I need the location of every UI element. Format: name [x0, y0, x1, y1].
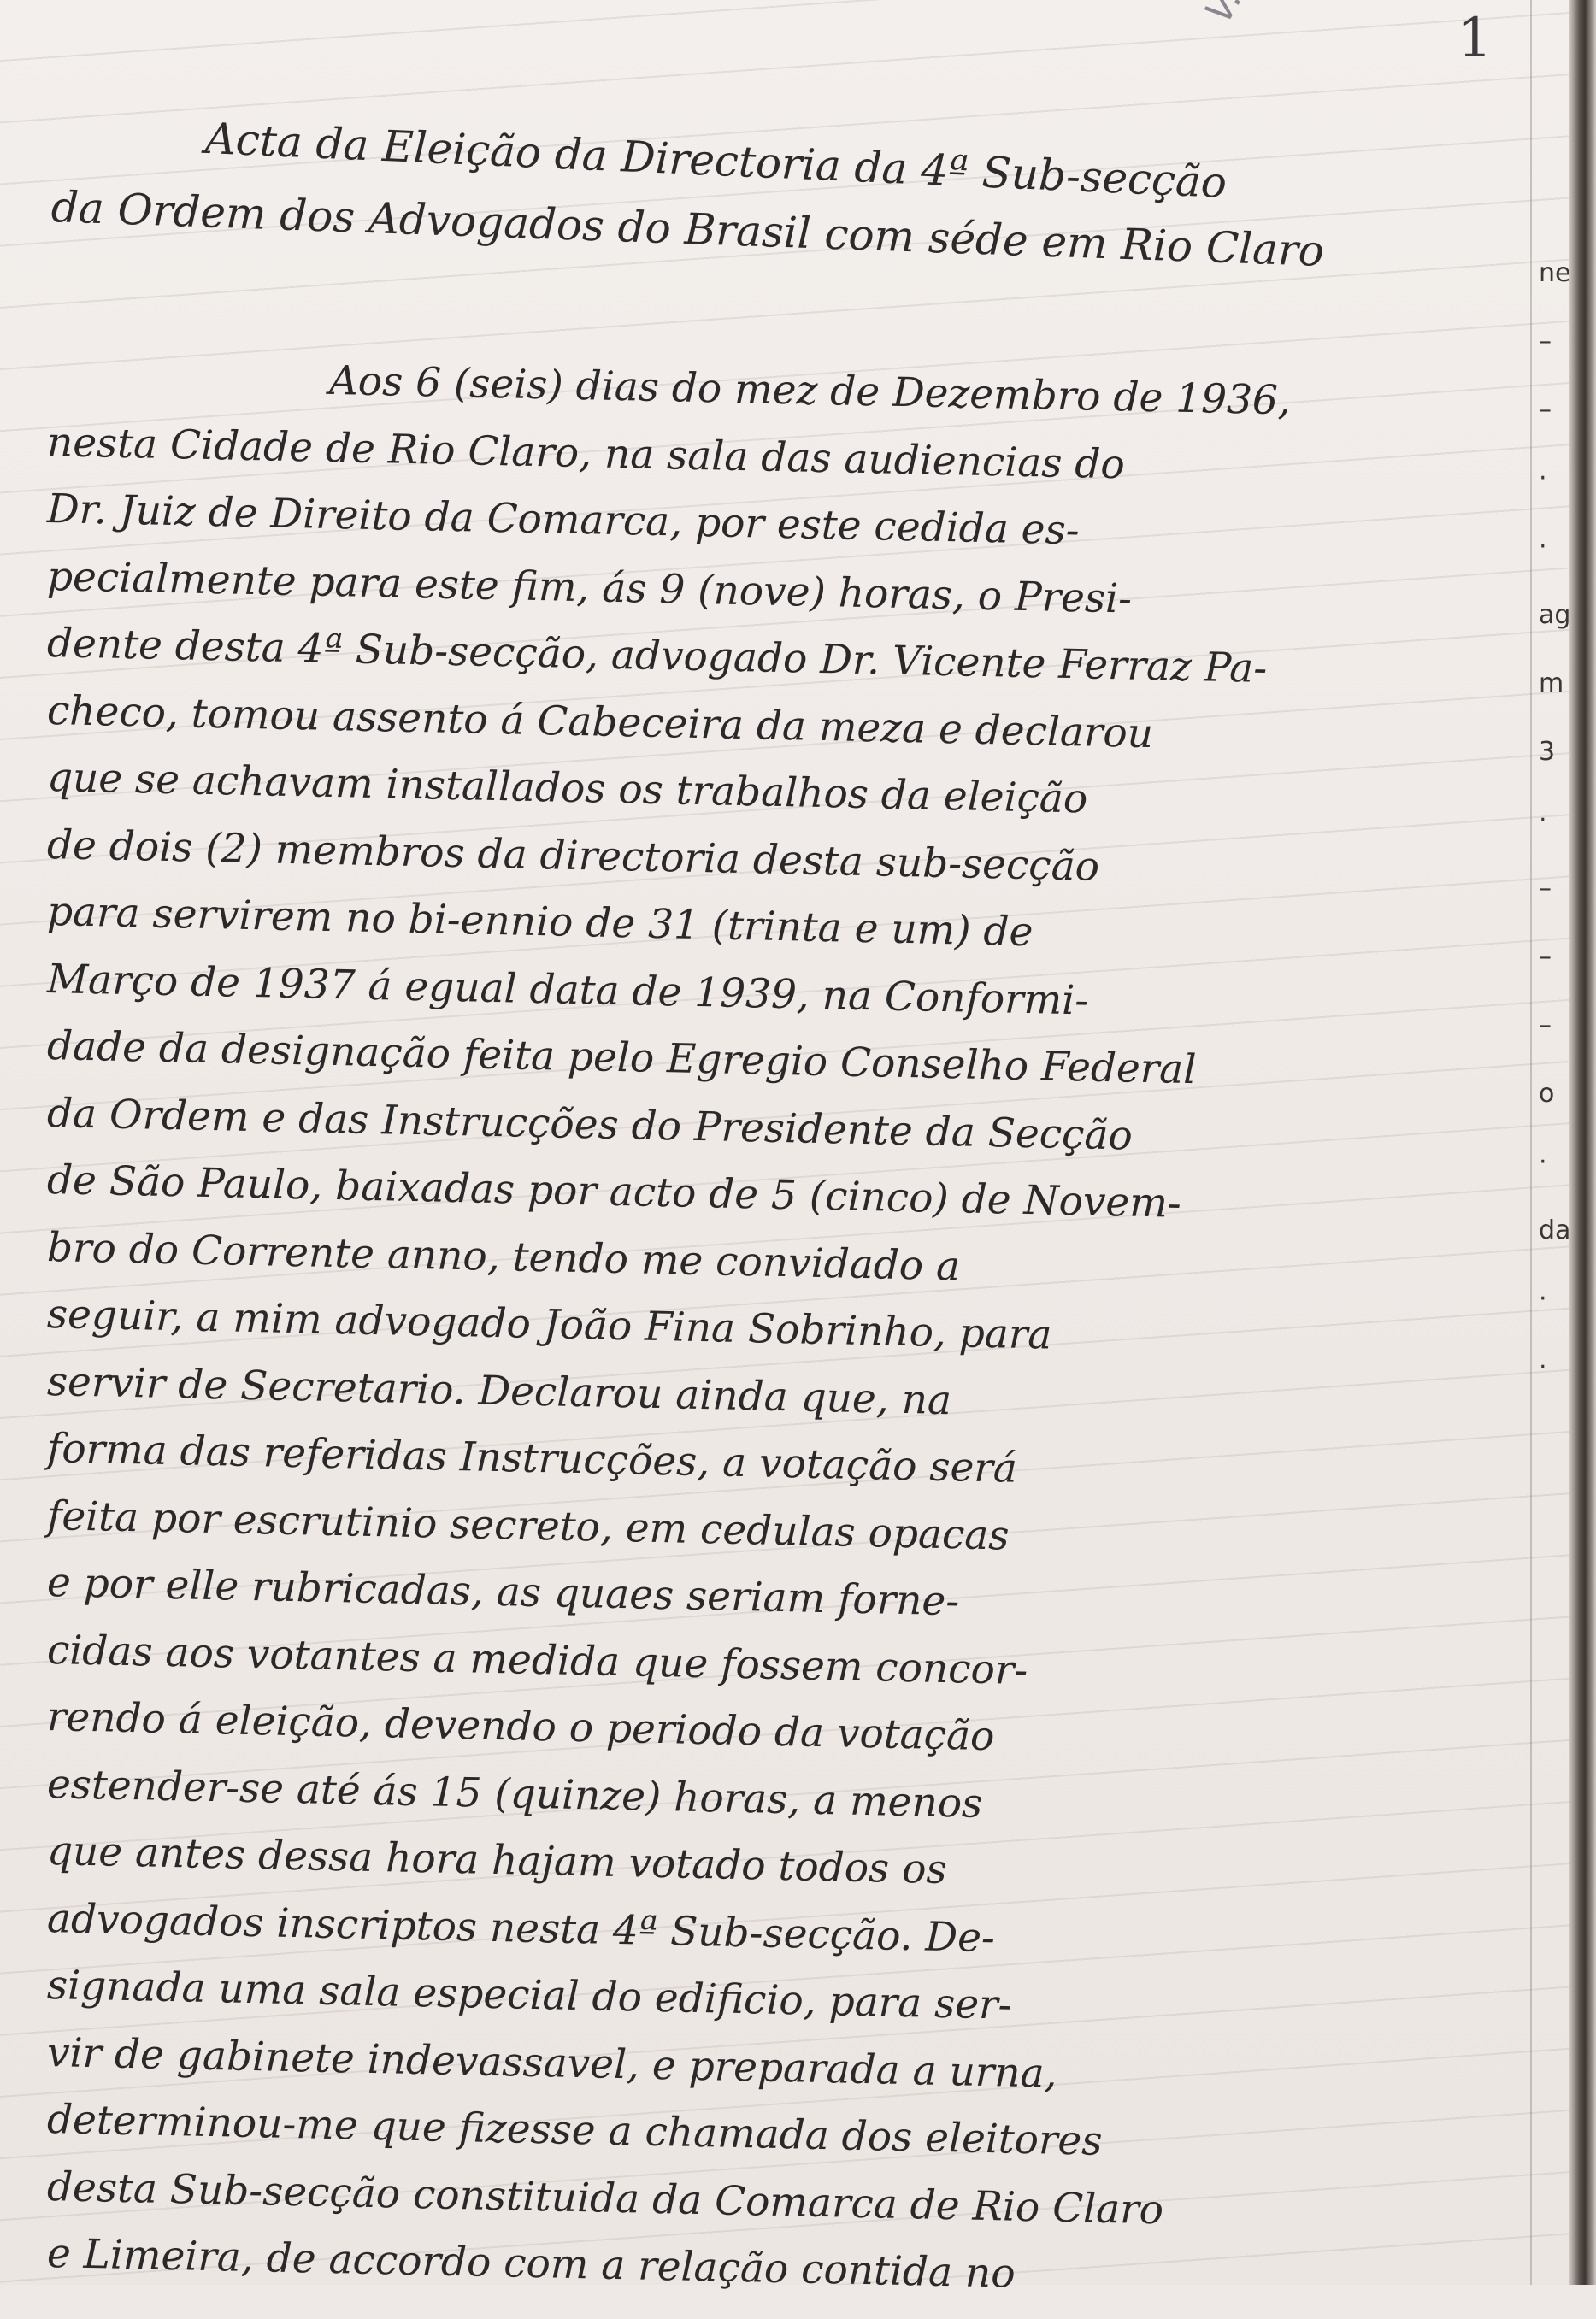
page-number: 1	[1458, 7, 1493, 70]
margin-mark: 3	[1539, 718, 1564, 786]
margin-mark: –	[1539, 376, 1564, 444]
margin-mark: ·	[1539, 1333, 1564, 1402]
margin-mark: –	[1539, 923, 1564, 992]
margin-mark: ·	[1539, 1265, 1564, 1333]
margin-line	[1530, 0, 1532, 2285]
margin-mark: ne	[1539, 239, 1564, 308]
margin-mark: o	[1539, 1060, 1564, 1128]
document-page: 1 V.B. Port. Acta da Eleição da Director…	[0, 0, 1569, 2285]
margin-mark: ·	[1539, 444, 1564, 513]
document-title: Acta da Eleição da Directoria da 4ª Sub-…	[51, 94, 1487, 244]
margin-mark: –	[1539, 855, 1564, 923]
margin-mark: da	[1539, 1197, 1564, 1265]
margin-mark: –	[1539, 992, 1564, 1060]
margin-mark: ·	[1539, 786, 1564, 855]
margin-mark: ·	[1539, 1128, 1564, 1197]
margin-mark: ·	[1539, 513, 1564, 581]
margin-mark: –	[1539, 308, 1564, 376]
margin-marks: ne – – · · ag m 3 · – – – o · da · ·	[1539, 239, 1564, 1402]
document-body: Aos 6 (seis) dias do mez de Dezembro de …	[47, 342, 1517, 2285]
book-binding-edge	[1569, 0, 1596, 2285]
margin-mark: m	[1539, 650, 1564, 718]
margin-mark: ag	[1539, 581, 1564, 650]
